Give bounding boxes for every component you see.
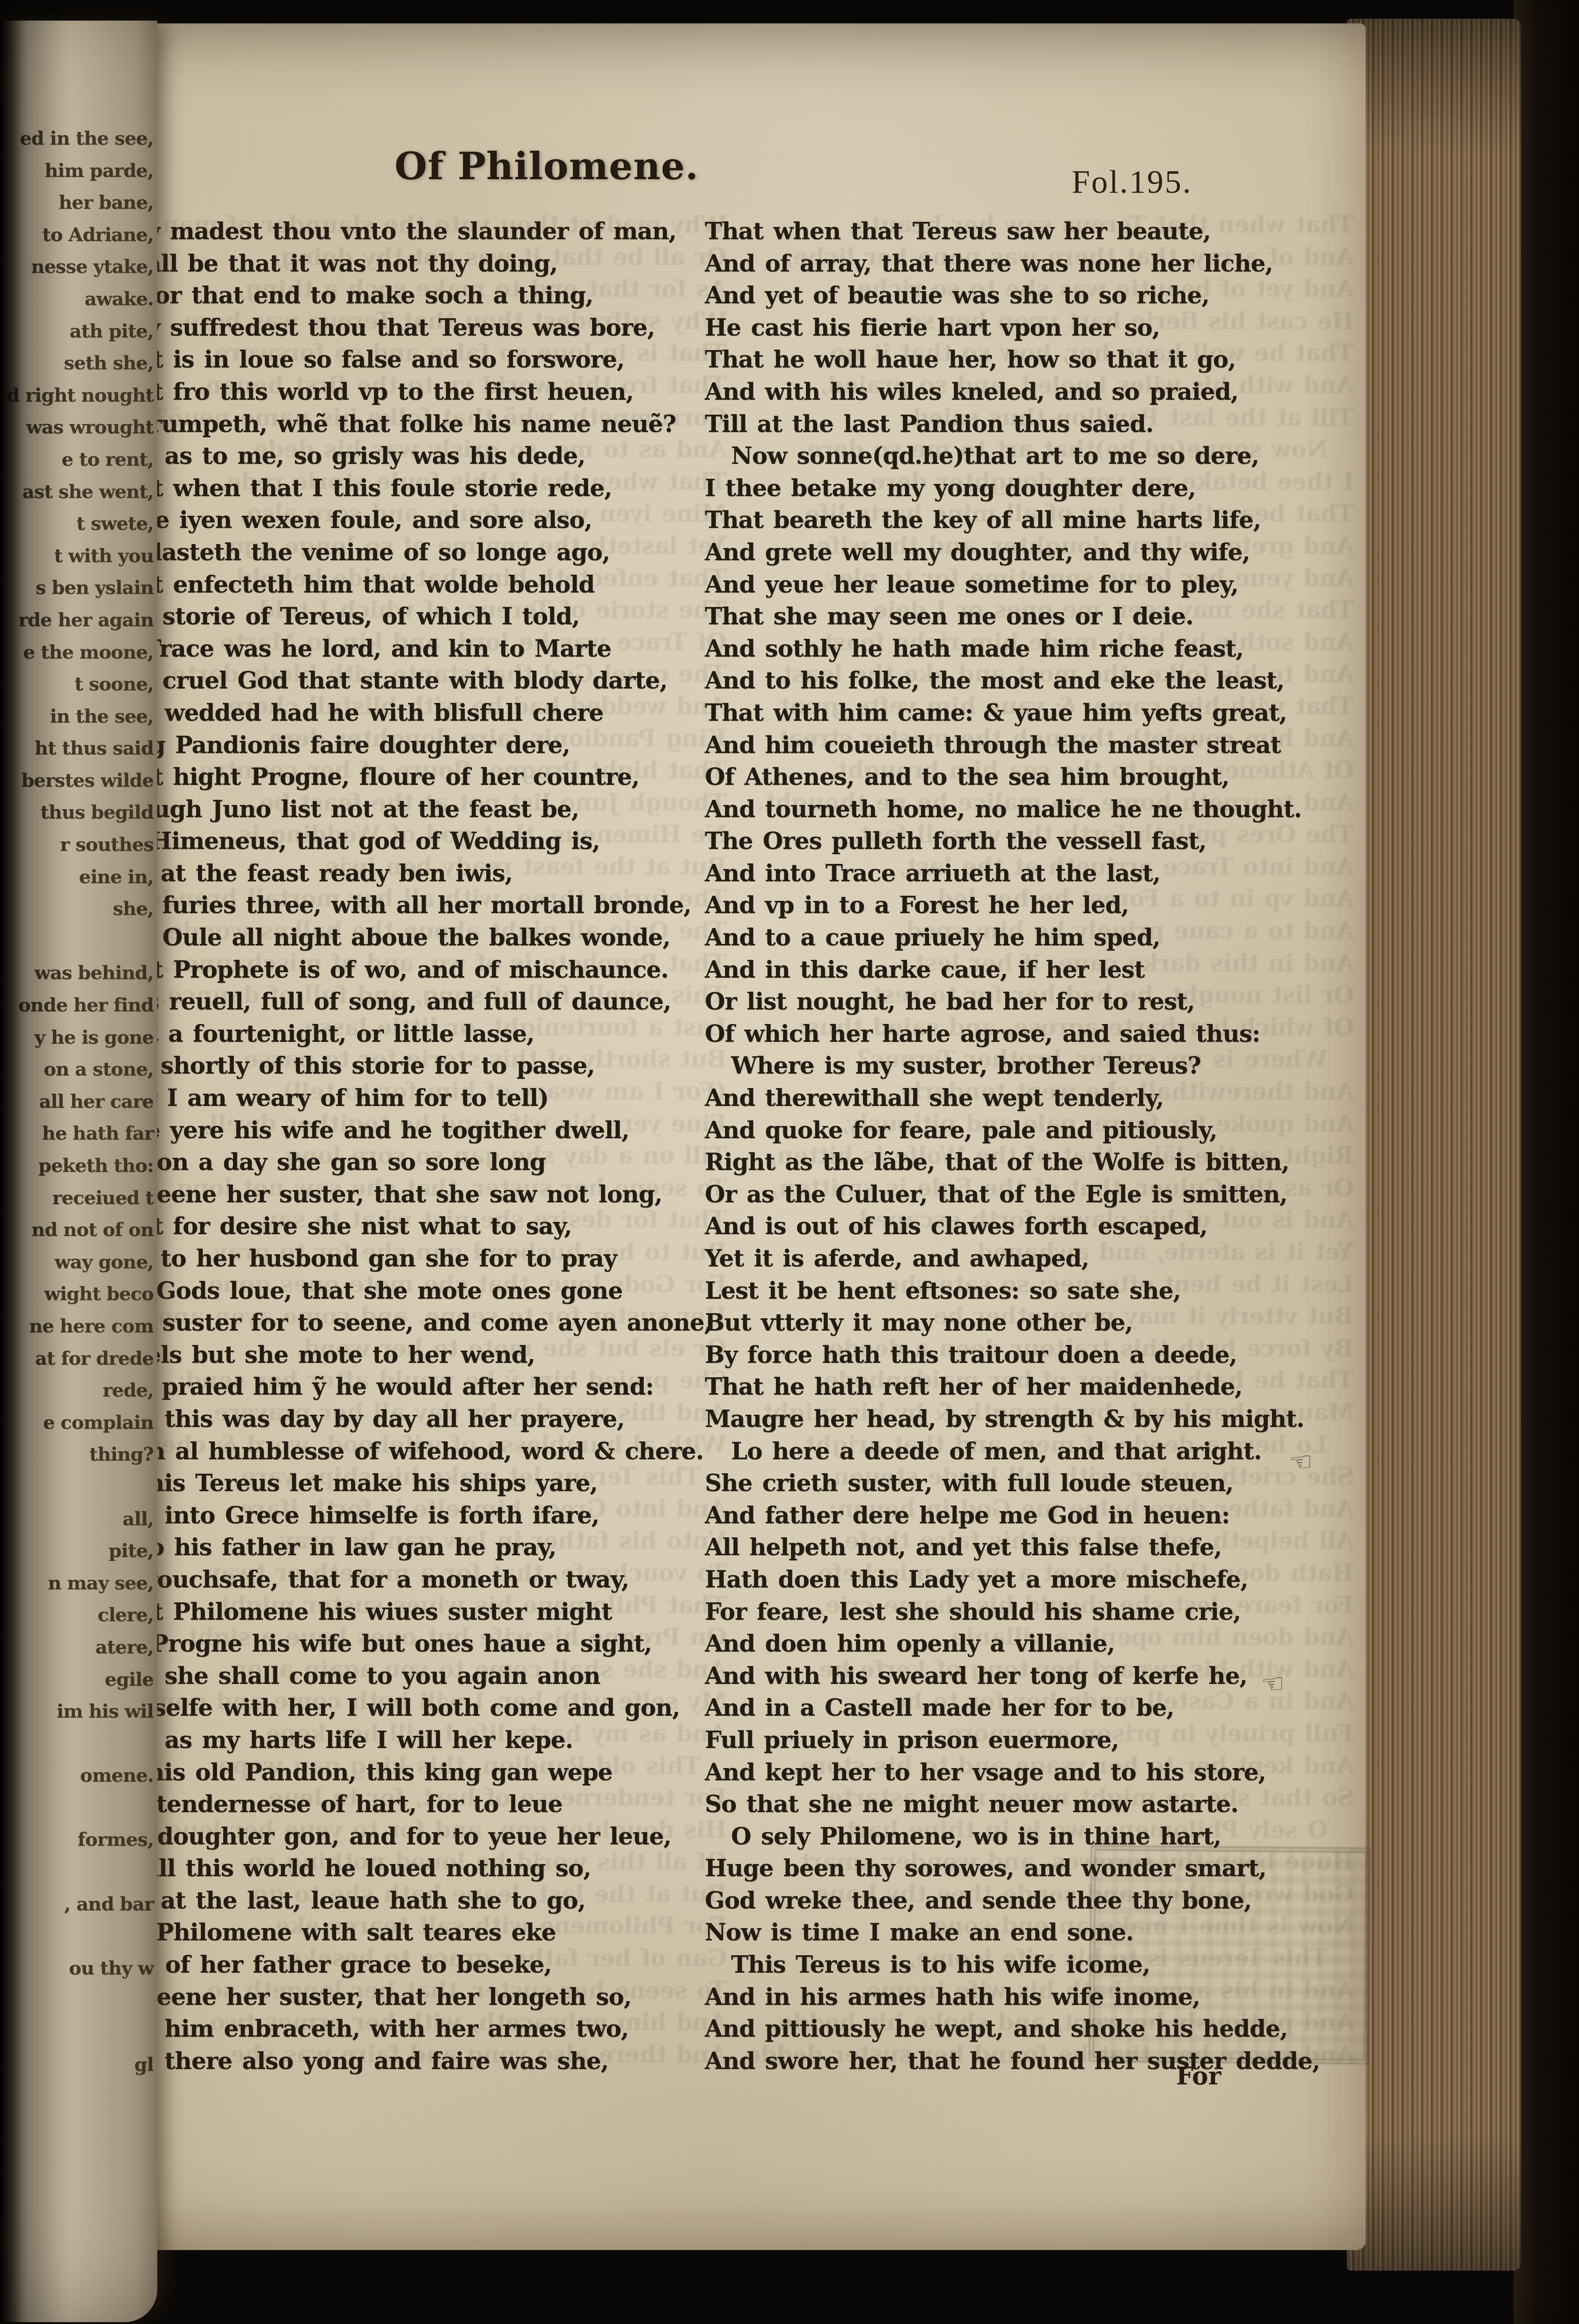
text-line: Ne Himeneus, that god of Wedding is, [104,825,706,857]
text-line: But vtterly it may none other be, [705,1307,1334,1339]
folio-number: Fol.195. [1072,164,1192,201]
text-line: Gan of her father grace to beseke, [104,1949,706,1981]
fragment-line: ath pite, [4,315,154,348]
facing-page-gutter-edge: ed in the see,him parde,her bane,to Adri… [0,21,157,2322]
text-line: Maugre her head, by strength & by his mi… [705,1403,1334,1435]
text-line: And pittiously he wept, and shoke his he… [705,2013,1334,2045]
fragment-line: r southes [4,829,154,861]
fragment-line: omene. [4,1760,154,1792]
text-line: Till at the last Pandion thus saied. [705,408,1334,440]
fragment-line: ast she went, [4,476,154,508]
text-line: That beareth the key of all mine harts l… [705,504,1334,536]
book-page: Why madest thou vnto the slaunder of man… [60,23,1366,2250]
text-line: To vouchsafe, that for a moneth or tway, [104,1564,706,1596]
text-line: Full priuely in prison euermore, [705,1724,1334,1756]
text-line: And yet of beautie was she to so riche, [705,279,1334,312]
text-line: And in a Castell made her for to be, [705,1692,1334,1724]
running-title: Of Philomene. [395,144,699,188]
text-line: Lo here a deede of men, and that aright. [705,1435,1334,1468]
text-line: And is out of his clawes forth escaped, [705,1210,1334,1242]
text-line: And father dere helpe me God in heuen: [705,1499,1334,1532]
fragment-line [4,1856,154,1888]
fragment-line: clere, [4,1599,154,1631]
fragment-line: eine in, [4,861,154,893]
text-line: And as my harts life I will her kepe. [104,1724,706,1756]
fragment-line: rede, [4,1374,154,1407]
text-line: And she shall come to you again anon [104,1660,706,1692]
catchword: For [1176,2062,1221,2090]
text-line: But at the feast ready ben iwis, [104,857,706,890]
text-line: By force hath this traitour doen a deede… [705,1339,1334,1371]
text-line: To seene her suster, that her longeth so… [104,1981,706,2013]
fragment-line [4,1920,154,1952]
text-line: He cast his fierie hart vpon her so, [705,312,1334,344]
text-line: And doen him openly a villanie, [705,1628,1334,1660]
text-line: Huge been thy sorowes, and wonder smart, [705,1852,1334,1885]
text-line: That fro this world vp to the first heue… [104,376,706,408]
fragment-line: was wrought [4,411,154,444]
text-line: She crieth suster, with full loude steue… [705,1467,1334,1499]
text-line: Lest it be hent eftsones: so sate she, [705,1275,1334,1307]
text-line: On Progne his wife but ones haue a sight… [104,1628,706,1660]
fragment-line: receiued t [4,1182,154,1214]
text-line: For Gods loue, that she mote ones gone [104,1275,706,1307]
text-line: That he hath reft her of her maidenhede, [705,1371,1334,1403]
text-line: My selfe with her, I will both come and … [104,1692,706,1724]
text-line: That enfecteth him that wolde behold [104,569,706,601]
fragment-line [4,925,154,957]
fragment-line: onde her find [4,989,154,1022]
text-line: And as to me, so grisly was his dede, [104,440,706,472]
fragment-line: ne here com [4,1310,154,1343]
fragment-line [4,1471,154,1503]
text-line: And this was day by day all her prayere, [104,1403,706,1435]
fragment-line: rde her again [4,604,154,636]
text-line: And into Trace arriueth at the last, [705,857,1334,890]
text-line: Of which her harte agrose, and saied thu… [705,1018,1334,1050]
text-line: And him enbraceth, with her armes two, [104,2013,706,2045]
text-line: For feare, lest she should his shame cri… [705,1596,1334,1628]
text-line: This Tereus let make his ships yare, [104,1467,706,1499]
text-line: And grete well my doughter, and thy wife… [705,536,1334,569]
fragment-line: egile [4,1664,154,1696]
fragment-line: ht thus said [4,732,154,765]
text-line: With al humblesse of wifehood, word & ch… [104,1435,706,1468]
fragment-line: he hath far [4,1118,154,1150]
text-line: Of Trace was he lord, and kin to Marte [104,633,706,665]
text-line: And wedded had he with blisfull chere [104,697,706,729]
text-line: Or all be that it was not thy doing, [104,248,706,280]
fragment-line: seth she, [4,347,154,380]
text-line: (For I am weary of him for to tell) [104,1082,706,1114]
text-line: As for that end to make soch a thing, [104,279,706,312]
text-line: She praied him ỹ he would after her send… [104,1371,706,1403]
fragment-line: nesse ytake, [4,251,154,283]
fragment-line: n may see, [4,1567,154,1600]
fragment-line [4,2017,154,2049]
text-line: Corrumpeth, whẽ that folke his name neuẽ… [104,408,706,440]
fragment-line: way gone, [4,1246,154,1279]
fragment-line: y he is gone [4,1022,154,1054]
text-line: And to a caue priuely he him sped, [705,921,1334,954]
text-line: This Tereus is to his wife icome, [705,1949,1334,1981]
fragment-line: in the see, [4,701,154,733]
text-line: That hight Progne, floure of her countre… [104,761,706,793]
fragment-line: at for drede [4,1343,154,1375]
text-line: The storie of Tereus, of which I told, [104,600,706,633]
text-line: The Oule all night aboue the balkes wond… [104,921,706,954]
text-line: That Prophete is of wo, and of mischaunc… [104,954,706,986]
text-line: King Pandionis faire doughter dere, [104,729,706,761]
text-line: That with him came: & yaue him yefts gre… [705,697,1334,729]
text-column-right: That when that Tereus saw her beaute,And… [705,215,1334,2077]
fragment-line: thus begild [4,797,154,829]
fragment-line: nd not of on [4,1214,154,1246]
fragment-line: e the moone, [4,636,154,669]
text-line: And with his wiles kneled, and so praied… [705,376,1334,408]
fragment-line: all, [4,1503,154,1535]
fragment-line: she, [4,893,154,925]
text-line: His doughter gon, and for to yeue her le… [104,1820,706,1853]
text-line: That she may seen me ones or I deie. [705,600,1334,633]
text-column-left: Why madest thou vnto the slaunder of man… [104,215,706,2077]
fragment-line: peketh tho: [4,1150,154,1182]
fragment-line: t soone, [4,668,154,701]
text-line: And sothly he hath made him riche feast, [705,633,1334,665]
text-line: To seene her suster, that she saw not lo… [104,1178,706,1211]
text-line: Or list nought, he bad her for to rest, [705,986,1334,1018]
text-line: And tourneth home, no malice he ne thoug… [705,793,1334,826]
text-line: Her suster for to seene, and come ayen a… [104,1307,706,1339]
text-line: Yet lasteth the venime of so longe ago, [104,536,706,569]
fragment-line: atere, [4,1631,154,1664]
text-line: For Philomene with salt teares eke [104,1916,706,1949]
book-photo: Why madest thou vnto the slaunder of man… [0,0,1579,2324]
text-line: But shortly of this storie for to passe, [104,1050,706,1082]
fragment-line: gl [4,2049,154,2081]
text-line: Vnto his father in law gan he pray, [104,1531,706,1564]
text-line: And yeue her leaue sometime for to pley, [705,569,1334,601]
fragment-line: e complain [4,1407,154,1439]
text-line: Why madest thou vnto the slaunder of man… [104,215,706,248]
text-line: Last a fourtenight, or little lasse, [104,1018,706,1050]
text-line: The furies three, with all her mortall b… [104,889,706,921]
fragment-line: all her care [4,1086,154,1118]
text-line: Right as the lãbe, that of the Wolfe is … [705,1146,1334,1178]
facing-page-text-fragments: ed in the see,him parde,her bane,to Adri… [4,123,154,2081]
text-line: Now is time I make an end sone. [705,1916,1334,1949]
fragment-line: ed in the see, [4,123,154,155]
fragment-line: to Adriane, [4,219,154,251]
text-line: Mine iyen wexen foule, and sore also, [104,504,706,536]
text-line: O sely Philomene, wo is in thine hart, [705,1820,1334,1853]
text-line: Or els but she mote to her wend, [104,1339,706,1371]
text-line: So that she ne might neuer mow astarte. [705,1788,1334,1820]
fragment-line: her bane, [4,187,154,219]
text-line: That when that I this foule storie rede, [104,472,706,504]
text-line: Now sonne(qd.he)that art to me so dere, [705,440,1334,472]
text-line: And kept her to her vsage and to his sto… [705,1756,1334,1789]
text-line: That he woll haue her, how so that it go… [705,343,1334,376]
text-line: The Ores pulleth forth the vessell fast, [705,825,1334,857]
text-line: And quoke for feare, pale and pitiously, [705,1114,1334,1147]
text-line: Why suffredest thou that Tereus was bore… [104,312,706,344]
text-line: But at the last, leaue hath she to go, [104,1885,706,1917]
manicule-icon: ☜ [1288,1446,1314,1478]
text-line: This old Pandion, this king gan wepe [104,1756,706,1789]
fragment-line: im his wil [4,1695,154,1728]
text-line: Till on a day she gan so sore long [104,1146,706,1178]
fragment-line [4,1984,154,2017]
text-line: That is in loue so false and so forswore… [104,343,706,376]
text-line: That when that Tereus saw her beaute, [705,215,1334,248]
text-line: Yet it is aferde, and awhaped, [705,1242,1334,1275]
text-line: I thee betake my yong doughter dere, [705,472,1334,504]
fragment-line: pite, [4,1535,154,1567]
text-line: For tendernesse of hart, for to leue [104,1788,706,1820]
text-line: And in this darke caue, if her lest [705,954,1334,986]
text-line: And therewithall she wept tenderly, [705,1082,1334,1114]
text-line: But to her husbond gan she for to pray [104,1242,706,1275]
fragment-line: t with you [4,540,154,572]
fragment-line: s ben yslain [4,572,154,604]
text-line: Where is my suster, brother Tereus? [705,1050,1334,1082]
text-line: Though Juno list not at the feast be, [104,793,706,826]
text-line: Of Athenes, and to the sea him brought, [705,761,1334,793]
text-line: Of all this world he loued nothing so, [104,1852,706,1885]
text-line: Fiue yere his wife and he togither dwell… [104,1114,706,1147]
fragment-line: e to rent, [4,444,154,476]
fragment-line: t swete, [4,508,154,540]
text-line: And into Grece himselfe is forth ifare, [104,1499,706,1532]
fragment-line: d right nought [4,380,154,412]
text-line: And with his sweard her tong of kerfe he… [705,1660,1334,1692]
fragment-line: awake. [4,283,154,315]
page-edges-stack [1347,19,1521,2271]
fragment-line: him parde, [4,155,154,187]
fragment-line: was behind, [4,957,154,989]
text-line: And to his folke, the most and eke the l… [705,665,1334,697]
text-line: Or as the Culuer, that of the Egle is sm… [705,1178,1334,1211]
text-line: And vp in to a Forest he her led, [705,889,1334,921]
fragment-line: on a stone, [4,1053,154,1086]
text-line: The cruel God that stante with blody dar… [104,665,706,697]
text-line: Hath doen this Lady yet a more mischefe, [705,1564,1334,1596]
fragment-line [4,1792,154,1824]
book-binding [1513,0,1579,2324]
text-line: That Philomene his wiues suster might [104,1596,706,1628]
text-line: And swore her, that he found her suster … [705,2045,1334,2077]
fragment-line: berstes wilde [4,765,154,797]
manicule-icon: ☜ [1260,1668,1286,1700]
text-line: This reuell, full of song, and full of d… [104,986,706,1018]
fragment-line: thing? [4,1439,154,1471]
text-line: That for desire she nist what to say, [104,1210,706,1242]
fragment-line [4,1728,154,1760]
text-line: God wreke thee, and sende thee thy bone, [705,1885,1334,1917]
fragment-line: wight beco [4,1278,154,1310]
fragment-line: , and bar [4,1888,154,1921]
text-line: And in his armes hath his wife inome, [705,1981,1334,2013]
fragment-line: formes, [4,1824,154,1856]
text-line: And him coueieth through the master stre… [705,729,1334,761]
text-line: And of array, that there was none her li… [705,248,1334,280]
fragment-line: ou thy w [4,1952,154,1985]
text-line: And there also yong and faire was she, [104,2045,706,2077]
text-line: All helpeth not, and yet this false thef… [705,1531,1334,1564]
